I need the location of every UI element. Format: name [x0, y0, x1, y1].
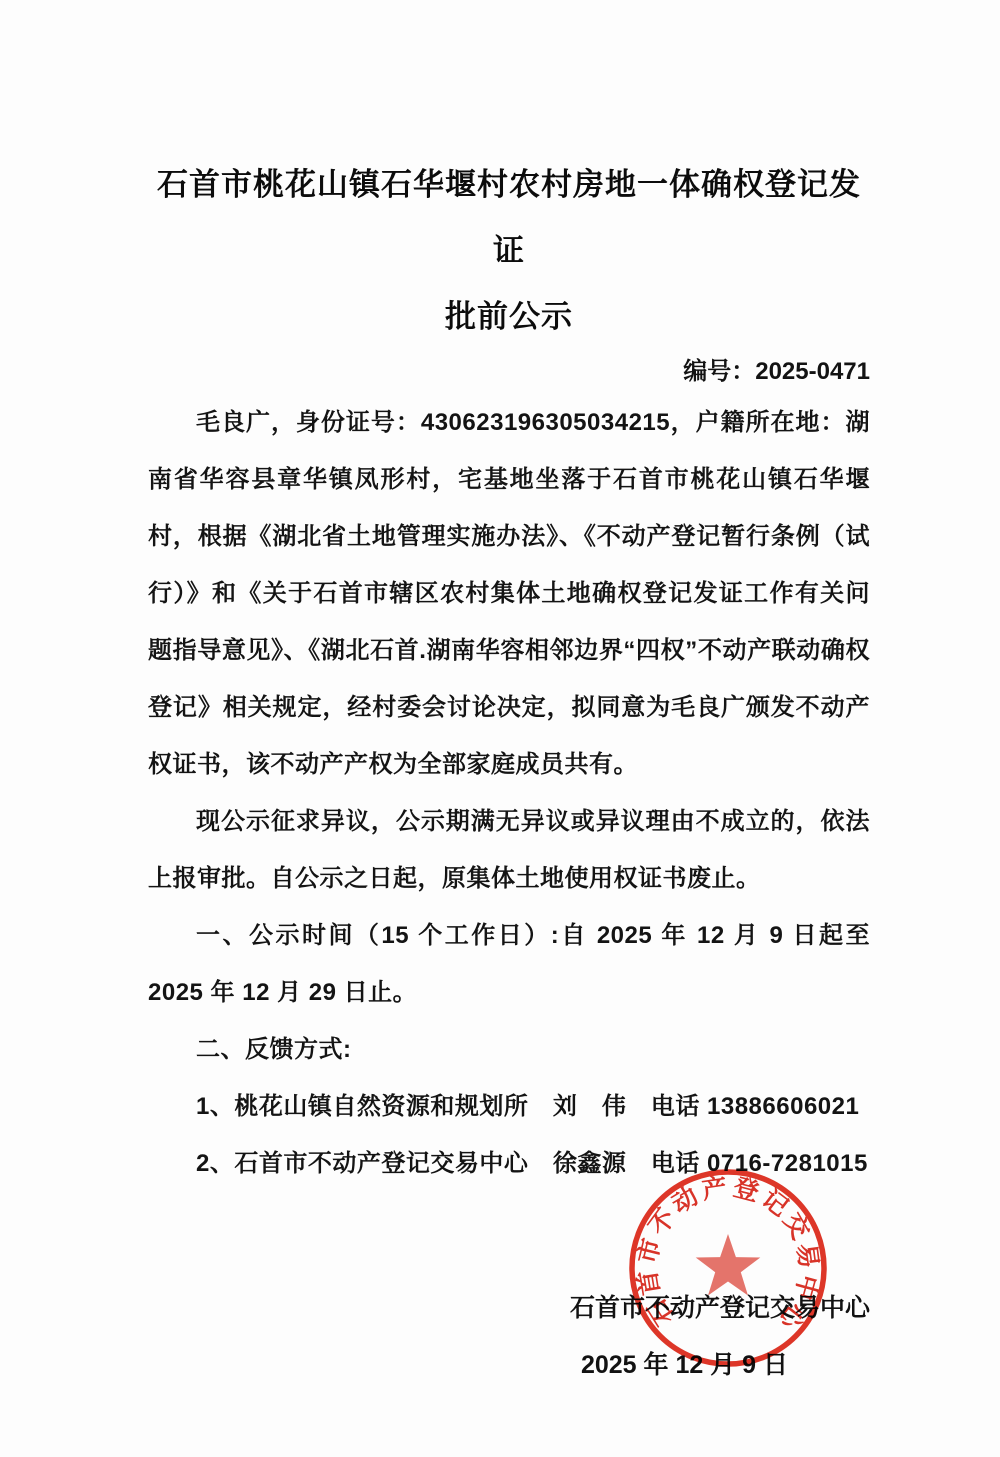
paragraph-publicity-period: 一、公示时间（15 个工作日）:自 2025 年 12 月 9 日起至 2025…	[148, 907, 870, 1021]
paragraph-objection: 现公示征求异议，公示期满无异议或异议理由不成立的，依法上报审批。自公示之日起，原…	[148, 793, 870, 907]
signature-organization: 石首市不动产登记交易中心	[148, 1280, 870, 1337]
paragraph-main: 毛良广，身份证号：430623196305034215，户籍所在地：湖南省华容县…	[148, 394, 870, 793]
document-body: 毛良广，身份证号：430623196305034215，户籍所在地：湖南省华容县…	[148, 394, 870, 1192]
document-number: 编号：2025-0471	[148, 352, 870, 392]
signature-date: 2025 年 12 月 9 日	[148, 1337, 870, 1394]
document-content: 石首市桃花山镇石华堰村农村房地一体确权登记发证 批前公示 编号：2025-047…	[0, 0, 1000, 1394]
document-title-line1: 石首市桃花山镇石华堰村农村房地一体确权登记发证	[148, 152, 870, 284]
contact-line-2: 2、石首市不动产登记交易中心 徐鑫源 电话 0716-7281015	[148, 1135, 870, 1192]
contact-line-1: 1、桃花山镇自然资源和规划所 刘 伟 电话 13886606021	[148, 1078, 870, 1135]
document-title-line2: 批前公示	[148, 284, 870, 350]
document-number-value: 2025-0471	[755, 358, 870, 385]
document-number-label: 编号：	[683, 358, 755, 385]
paragraph-feedback-heading: 二、反馈方式:	[148, 1021, 870, 1078]
document-page: 石首市桃花山镇石华堰村农村房地一体确权登记发证 批前公示 编号：2025-047…	[0, 0, 1000, 1457]
signature-block: 石首市不动产登记交易中心 2025 年 12 月 9 日	[148, 1280, 870, 1394]
